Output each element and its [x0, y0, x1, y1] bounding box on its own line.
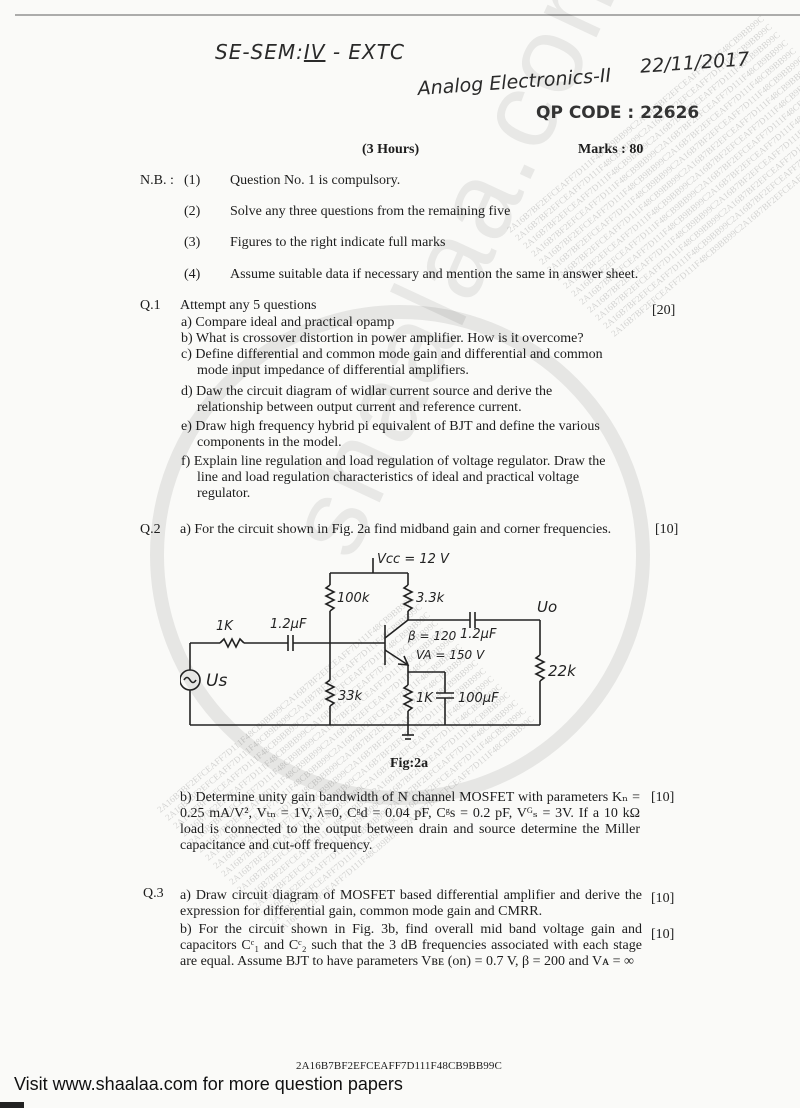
label-r1: 100k — [337, 591, 370, 606]
q1-label: Q.1 — [140, 298, 161, 314]
q2-label: Q.2 — [140, 522, 161, 538]
q3a-text: a) Draw circuit diagram of MOSFET based … — [180, 888, 642, 920]
promo-link-text[interactable]: Visit www.shaalaa.com for more question … — [14, 1074, 403, 1095]
label-va: VA = 150 V — [416, 648, 485, 662]
qp-code: QP CODE : 22626 — [536, 103, 699, 123]
notes-label: N.B. : — [140, 173, 180, 189]
watermark-hash-line: 2A16B7BF2EFCEAFF7D111F48CB9BB99C2A16B7BF… — [594, 102, 800, 322]
scan-edge-line — [15, 14, 800, 16]
label-vo: Uo — [537, 598, 557, 616]
q2b-text: b) Determine unity gain bandwidth of N c… — [180, 790, 640, 854]
handwritten-date: 22/11/2017 — [639, 48, 750, 78]
q1-title: Attempt any 5 questions — [180, 298, 635, 314]
label-cin: 1.2µF — [270, 617, 307, 632]
label-cout: 1.2µF — [460, 627, 497, 642]
q2a-marks: [10] — [655, 522, 678, 538]
q1-part-a: a) Compare ideal and practical opamp — [181, 315, 636, 331]
q2b-marks: [10] — [651, 790, 674, 806]
q1-part-b: b) What is crossover distortion in power… — [181, 331, 636, 347]
total-marks: Marks : 80 — [578, 142, 643, 158]
exam-duration: (3 Hours) — [362, 142, 419, 158]
circuit-diagram-fig-2a: Vcc = 12 V 100k 3.3k 1K 1.2µF 1.2µF Uo β… — [180, 540, 580, 770]
q2a-text: a) For the circuit shown in Fig. 2a find… — [180, 522, 640, 538]
q3a-marks: [10] — [651, 891, 674, 907]
scan-corner-mark — [0, 1102, 24, 1108]
paper-hash-code: 2A16B7BF2EFCEAFF7D111F48CB9BB99C — [296, 1060, 502, 1072]
label-rs: 1K — [216, 619, 234, 634]
handwritten-course: SE-SEM:IV - EXTC — [215, 40, 405, 64]
label-r2: 33k — [338, 689, 363, 704]
q1-part-f: f) Explain line regulation and load regu… — [181, 454, 636, 502]
q3b-text: b) For the circuit shown in Fig. 3b, fin… — [180, 922, 642, 970]
q1-part-e: e) Draw high frequency hybrid pi equival… — [181, 419, 636, 451]
question-paper-page: shaalaa.com 2A16B7BF2EFCEAFF7D111F48CB9B… — [0, 0, 800, 1108]
q3-label: Q.3 — [143, 886, 164, 902]
label-re: 1K — [416, 691, 434, 706]
q1-part-d: d) Daw the circuit diagram of widlar cur… — [181, 384, 636, 416]
label-rc: 3.3k — [416, 591, 445, 606]
label-vcc: Vcc = 12 V — [377, 552, 450, 567]
figure-caption: Fig:2a — [390, 756, 428, 772]
q1-part-c: c) Define differential and common mode g… — [181, 347, 636, 379]
label-beta: β = 120 — [407, 629, 457, 643]
label-rl: 22k — [548, 662, 577, 680]
label-vs: Us — [206, 671, 227, 691]
label-ce: 100µF — [458, 691, 499, 706]
q3b-marks: [10] — [651, 927, 674, 943]
q1-marks: [20] — [652, 303, 675, 319]
